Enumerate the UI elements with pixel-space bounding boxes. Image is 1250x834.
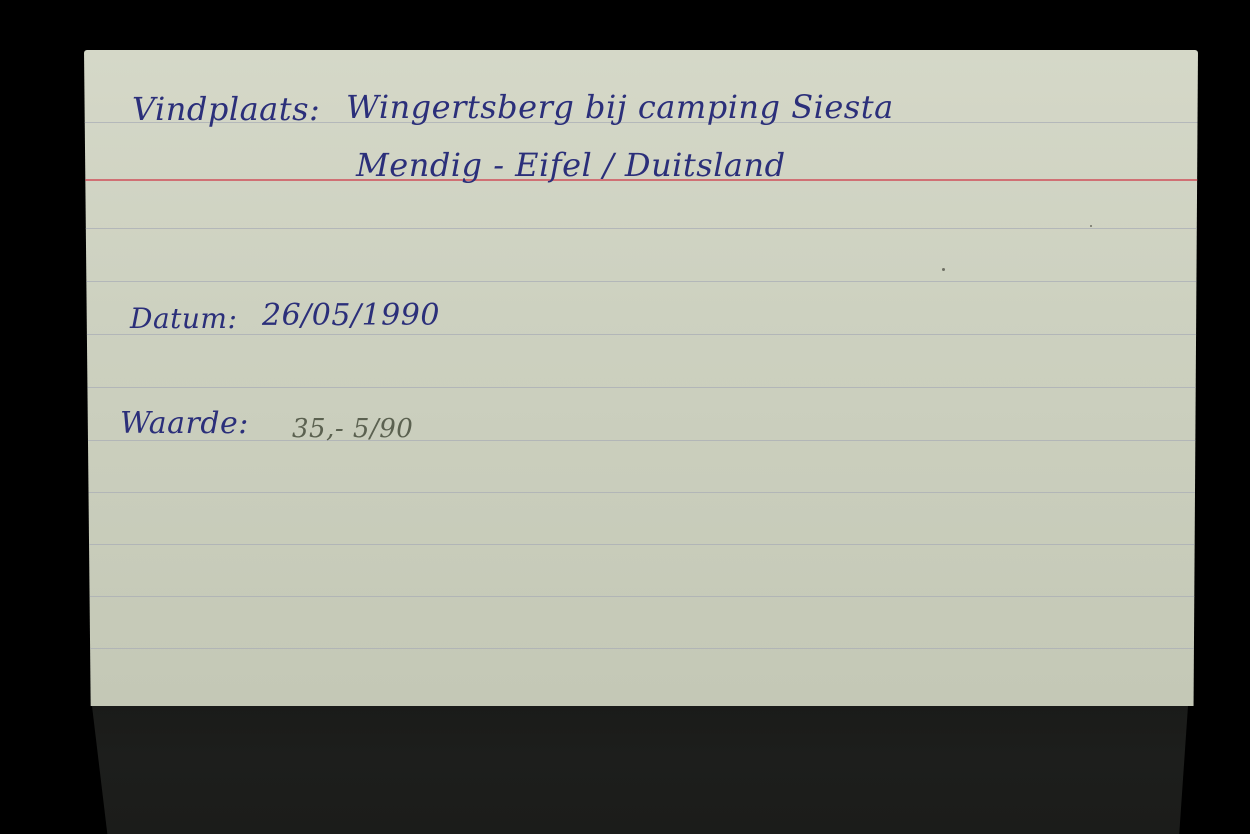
paper-speck	[1090, 225, 1092, 227]
paper-speck	[942, 268, 945, 271]
card-rule	[84, 648, 1198, 649]
card-rule	[84, 228, 1198, 229]
card-rule	[84, 387, 1198, 388]
card-rule	[84, 281, 1198, 282]
vindplaats-value-line1: Wingertsberg bij camping Siesta	[346, 88, 894, 126]
vindplaats-label: Vindplaats:	[132, 90, 320, 128]
card-rule	[84, 334, 1198, 335]
waarde-label: Waarde:	[120, 406, 249, 441]
card-reflection	[92, 706, 1188, 834]
card-rule	[84, 596, 1198, 597]
datum-label: Datum:	[130, 302, 237, 335]
photo-scene: Vindplaats: Wingertsberg bij camping Sie…	[0, 0, 1250, 834]
datum-value: 26/05/1990	[262, 298, 440, 333]
card-rule	[84, 440, 1198, 441]
vindplaats-value-line2: Mendig - Eifel / Duitsland	[356, 146, 786, 184]
card-rule	[84, 544, 1198, 545]
waarde-value: 35,- 5/90	[292, 414, 413, 444]
card-rule	[84, 492, 1198, 493]
index-card: Vindplaats: Wingertsberg bij camping Sie…	[84, 50, 1198, 706]
